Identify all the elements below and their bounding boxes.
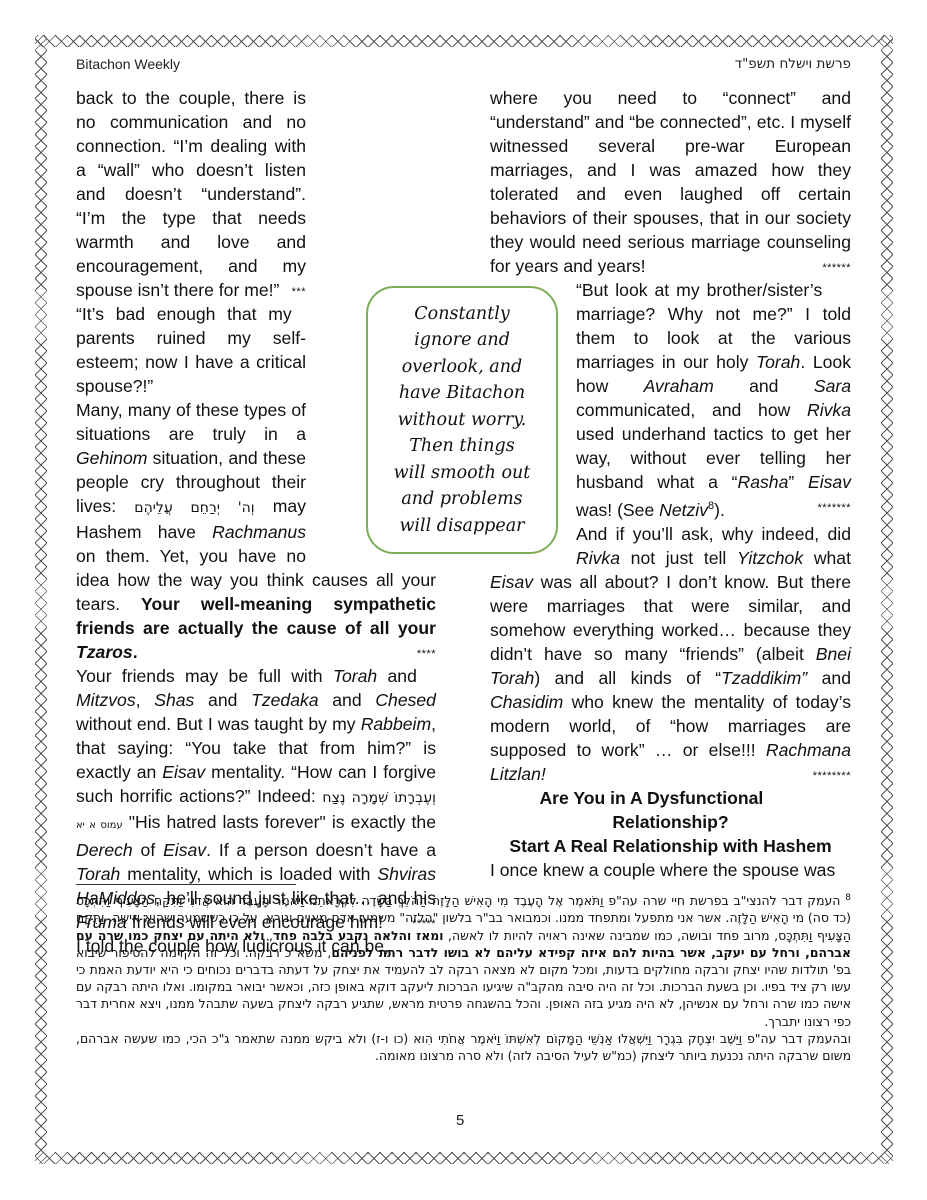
section-divider-stars: **** [417,642,436,666]
hebrew-source: עמוס א יא [76,820,123,831]
footnote-separator [76,884,296,885]
section-subheading: Start A Real Relationship with Hashem [490,834,851,858]
paragraph: where you need to “connect” and “underst… [490,86,851,278]
footnote-continuation: ובהעמק דבר עה"פ וַיֵּשֶׁב יִצְחָק בִּגְר… [76,1030,851,1064]
page-number: 5 [456,1112,464,1129]
section-heading: Are You in A Dysfunctional Relationship? [490,786,851,834]
paragraph: back to the couple, there is no communic… [76,86,436,302]
decorative-border-bottom [35,1152,893,1164]
decorative-border-right [881,35,893,1164]
paragraph: I once knew a couple where the spouse wa… [490,858,851,882]
footnotes: 8 העמק דבר להנצי"ב בפרשת חיי שרה עה"פ וַ… [76,890,851,1064]
section-divider-stars: *** [292,280,306,304]
section-divider-stars: ******** [813,764,851,788]
publication-title: Bitachon Weekly [76,56,180,72]
pull-quote-text: Constantly ignore and overlook, and have… [384,301,541,540]
footnote-8: 8 העמק דבר להנצי"ב בפרשת חיי שרה עה"פ וַ… [76,890,851,1030]
footnote-number: 8 [845,893,851,903]
decorative-border-top [35,35,893,47]
section-divider-stars: ****** [822,256,851,280]
hebrew-quote: וְעֶבְרָתוֹ שְׁמָרָה נֶצַח [322,790,436,806]
decorative-border-left [35,35,47,1164]
parsha-title: פרשת וישלח תשפ"ד [735,56,851,72]
pull-quote-callout: Constantly ignore and overlook, and have… [366,286,558,554]
section-divider-stars: ******* [818,496,851,520]
hebrew-quote: וְה' יְרַחֵם עֲלֵיהֶם [134,500,254,516]
